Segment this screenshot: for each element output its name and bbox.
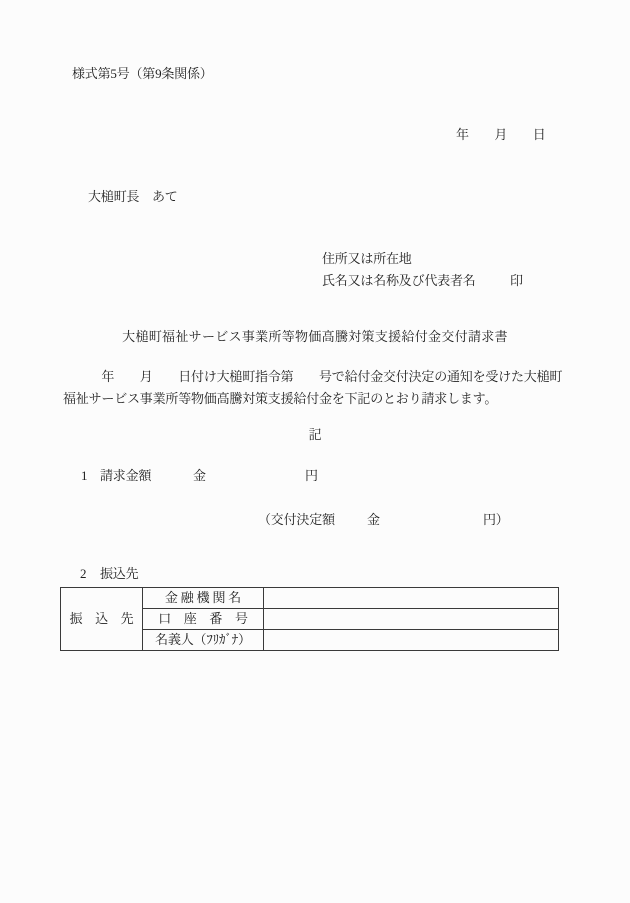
form-page: 様式第5号（第9条関係） 年 月 日 大槌町長 あて 住所又は所在地 氏名又は名… [0,0,630,903]
body-paragraph-line1: 年 月 日付け大槌町指令第 号で給付金交付決定の通知を受けた大槌町 [63,368,562,386]
applicant-name-label: 氏名又は名称及び代表者名 [322,272,476,290]
claim-item-number: 1 [81,467,87,485]
account-holder-label: 名義人（ﾌﾘｶﾞﾅ） [143,630,264,651]
transfer-table: 振 込 先 金 融 機 関 名 口 座 番 号 名義人（ﾌﾘｶﾞﾅ） [60,587,559,651]
grant-decision-yen-suffix: 円） [483,511,509,529]
grant-decision-yen-prefix: 金 [367,511,380,529]
account-number-label: 口 座 番 号 [143,609,264,630]
seal-mark: 印 [510,272,523,290]
transfer-section-label: 振込先 [100,565,138,583]
document-title: 大槌町福祉サービス事業所等物価高騰対策支援給付金交付請求書 [0,328,630,346]
applicant-address-label: 住所又は所在地 [322,250,412,268]
claim-yen-prefix: 金 [193,467,206,485]
claim-yen-suffix: 円 [305,467,318,485]
body-paragraph-line2: 福祉サービス事業所等物価高騰対策支援給付金を下記のとおり請求します。 [63,390,497,408]
issue-date: 年 月 日 [456,126,546,144]
table-row: 振 込 先 金 融 機 関 名 [61,588,559,609]
claim-amount-label: 請求金額 [100,467,151,485]
bank-name-value [264,588,559,609]
account-number-value [264,609,559,630]
form-number: 様式第5号（第9条関係） [72,65,213,83]
bank-name-label: 金 融 機 関 名 [143,588,264,609]
addressee: 大槌町長 あて [88,188,178,206]
account-holder-value [264,630,559,651]
transfer-item-number: 2 [80,565,86,583]
transfer-row-header: 振 込 先 [61,588,143,651]
grant-decision-label: （交付決定額 [258,511,335,529]
record-heading: 記 [0,426,630,444]
